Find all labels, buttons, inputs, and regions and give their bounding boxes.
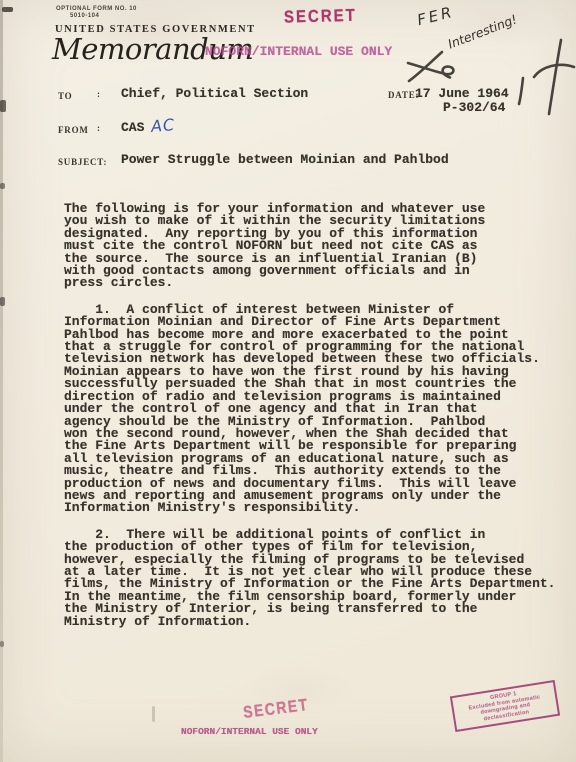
form-number-line2: 5010-104 [70,13,137,20]
from-colon: : [97,123,101,133]
scan-edge-shadow [0,0,3,762]
memo-paragraph-2: 2. There will be additional points of co… [64,529,572,628]
secret-stamp-top: SECRET [284,6,357,27]
memorandum-page: OPTIONAL FORM NO. 10 5010-104 UNITED STA… [0,0,576,762]
scan-artifact [0,183,5,189]
handwritten-initials: AC [150,115,176,136]
memo-paragraph-1: 1. A conflict of interest between Minist… [64,304,572,515]
scan-artifact [0,641,4,647]
noforn-stamp-top: NOFORN/INTERNAL USE ONLY [205,44,392,59]
to-colon: : [97,89,101,99]
noforn-stamp-bottom: NOFORN/INTERNAL USE ONLY [181,726,318,737]
scan-artifact [0,297,5,306]
reference-number: P-302/64 [443,100,505,115]
handwritten-tick-mark [519,78,523,104]
from-value: CAS [121,120,144,135]
scan-artifact [2,7,13,12]
subject-label: SUBJECT: [58,157,107,167]
subject-value: Power Struggle between Moinian and Pahlb… [121,152,449,167]
from-label: FROM [58,125,89,135]
scan-artifact [152,706,155,722]
group1-exclusion-stamp: GROUP 1 Excluded from automatic downgrad… [450,680,560,732]
handwritten-x-mark [409,52,442,81]
to-value: Chief, Political Section [121,86,308,101]
form-number-line1: OPTIONAL FORM NO. 10 [56,6,137,13]
memo-body: The following is for your information an… [64,203,572,642]
handwritten-dagger-mark [549,40,561,114]
secret-stamp-bottom: SECRET [242,694,310,721]
date-value: 17 June 1964 [415,86,509,101]
scan-artifact [0,100,6,112]
to-label: TO [58,91,72,101]
form-number: OPTIONAL FORM NO. 10 5010-104 [56,6,137,20]
memo-paragraph-intro: The following is for your information an… [64,203,572,290]
